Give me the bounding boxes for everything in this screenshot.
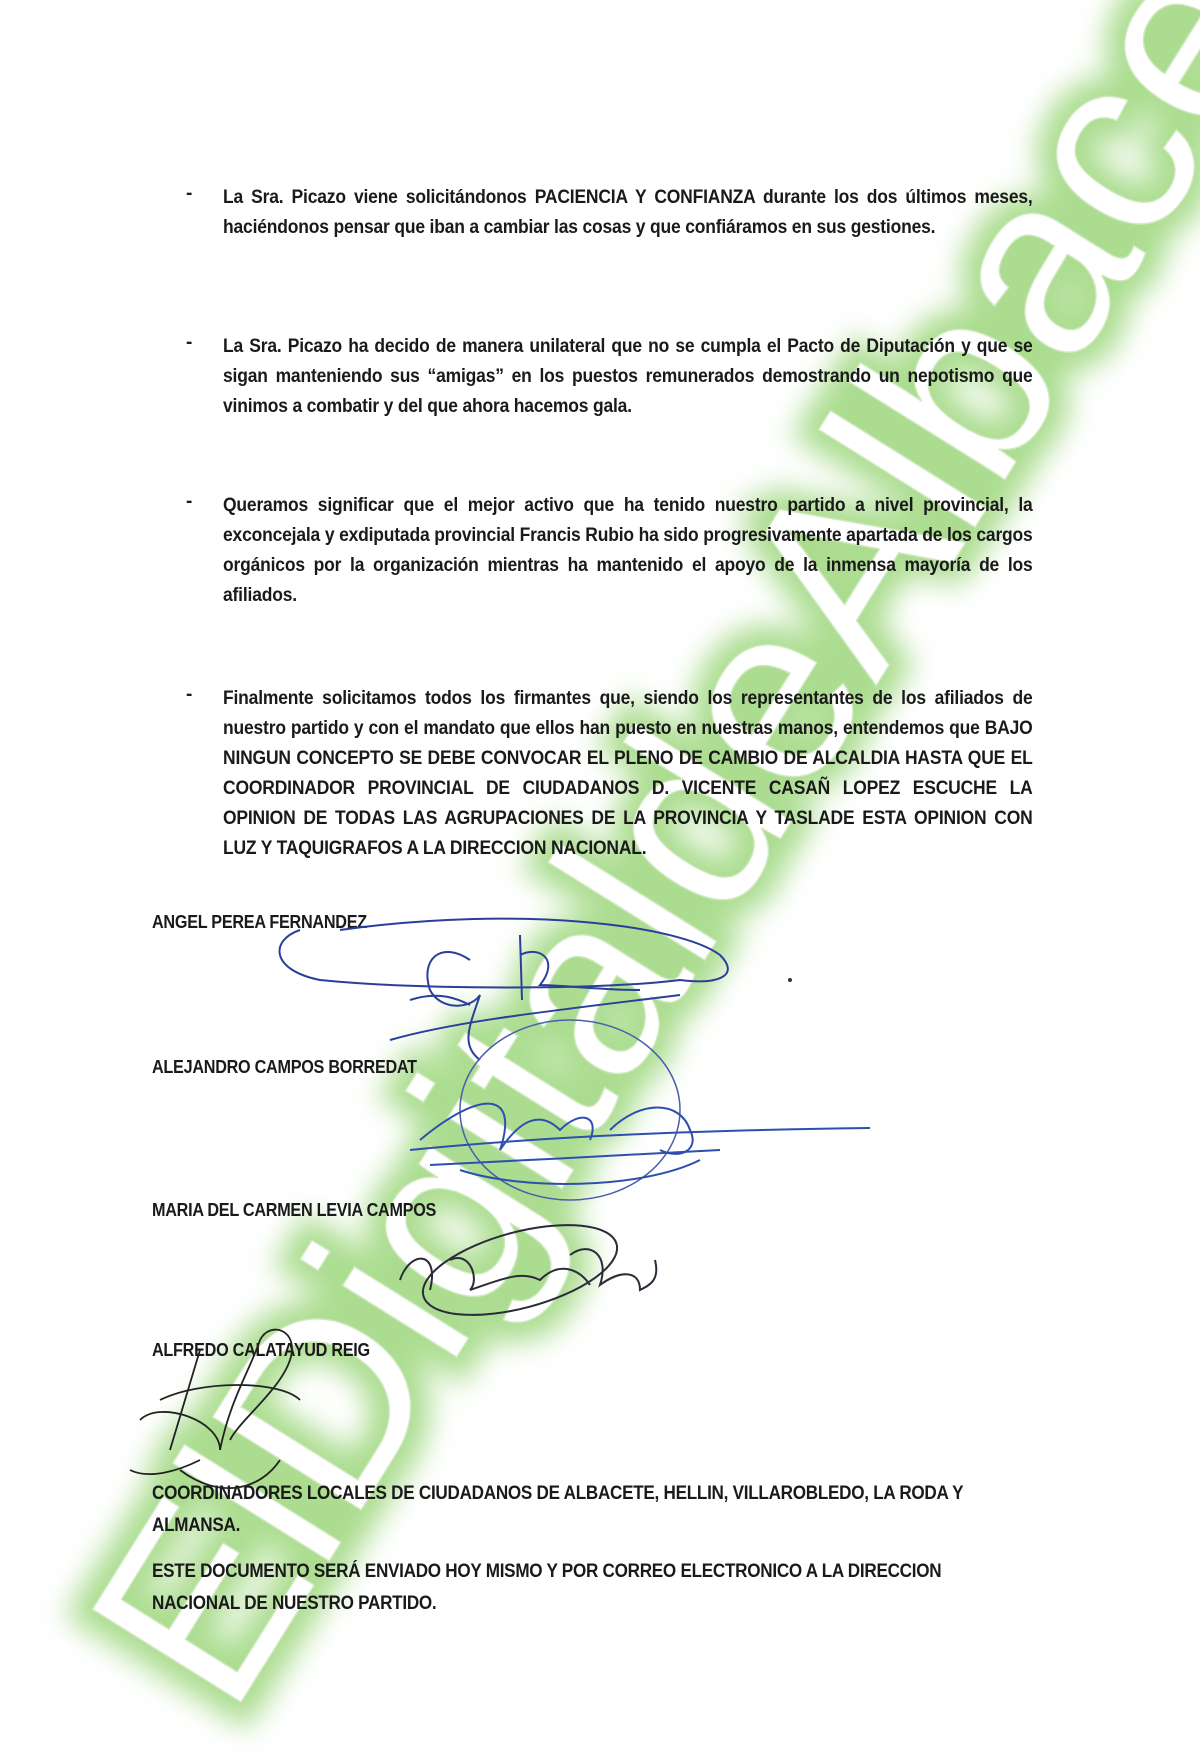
coordinators-note: COORDINADORES LOCALES DE CIUDADANOS DE A… [152,1478,967,1542]
sending-notice: ESTE DOCUMENTO SERÁ ENVIADO HOY MISMO Y … [152,1556,967,1620]
bullet-item: - La Sra. Picazo viene solicitándonos PA… [188,183,1018,243]
bullet-dash: - [186,183,192,205]
bullet-dash: - [186,684,192,706]
document-page: - La Sra. Picazo viene solicitándonos PA… [0,0,1200,1762]
bullet-text: Finalmente solicitamos todos los firmant… [223,684,1033,864]
bullet-text: Queramos significar que el mejor activo … [223,491,1033,611]
bullet-item: - La Sra. Picazo ha decido de manera uni… [188,332,1018,422]
bullet-item: - Queramos significar que el mejor activ… [188,491,1018,611]
bullet-item: - Finalmente solicitamos todos los firma… [188,684,1018,864]
bullet-dash: - [186,491,192,513]
signatory-name: ALEJANDRO CAMPOS BORREDAT [152,1057,417,1078]
bullet-dash: - [186,332,192,354]
bullet-text: La Sra. Picazo ha decido de manera unila… [223,332,1033,422]
signatory-name: ALFREDO CALATAYUD REIG [152,1340,370,1361]
signatory-name: ANGEL PEREA FERNANDEZ [152,912,367,933]
bullet-text: La Sra. Picazo viene solicitándonos PACI… [223,183,1033,243]
signatory-name: MARIA DEL CARMEN LEVIA CAMPOS [152,1200,436,1221]
